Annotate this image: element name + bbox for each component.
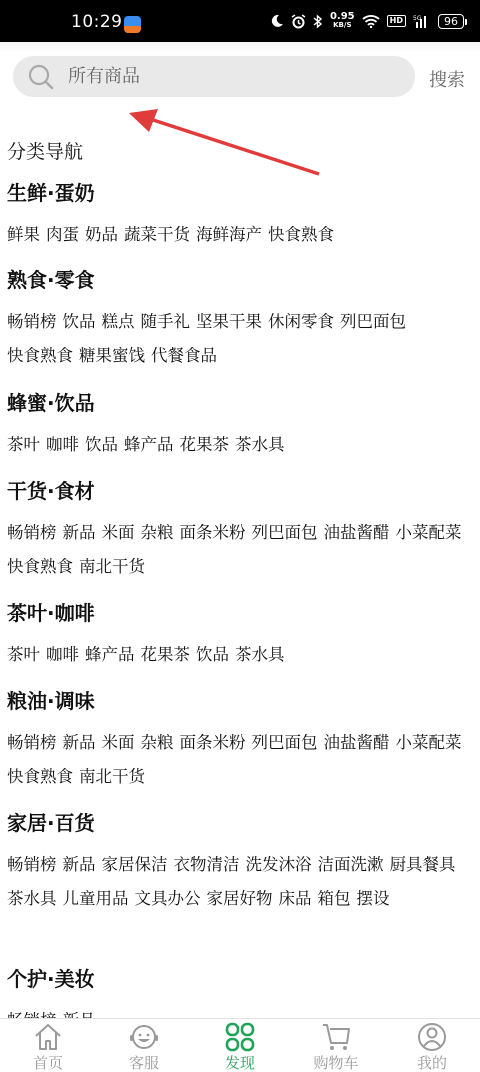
category-title: 熟食·零食 (7, 265, 477, 295)
subcategory-link[interactable]: 箱包 (318, 882, 351, 916)
category-items: 畅销榜饮品糕点随手礼坚果干果休闲零食列巴面包快食熟食糖果蜜饯代餐食品 (7, 305, 477, 373)
subcategory-link[interactable]: 畅销榜 (7, 726, 57, 760)
subcategory-link[interactable]: 咖啡 (46, 638, 79, 672)
subcategory-link[interactable]: 洗发沐浴 (246, 848, 312, 882)
subcategory-link[interactable]: 饮品 (63, 305, 96, 339)
subcategory-link[interactable]: 南北干货 (79, 550, 145, 584)
subcategory-link[interactable]: 糕点 (102, 305, 135, 339)
subcategory-link[interactable]: 洁面洗漱 (318, 848, 384, 882)
subcategory-link[interactable]: 肉蛋 (46, 218, 79, 252)
subcategory-link[interactable]: 家居保洁 (102, 848, 168, 882)
subcategory-link[interactable]: 快食熟食 (7, 550, 73, 584)
hd-icon: HD (387, 15, 406, 27)
category-section: 茶叶·咖啡 茶叶咖啡蜂产品花果茶饮品茶水具 (7, 598, 477, 672)
search-bar[interactable] (13, 56, 415, 97)
subcategory-link[interactable]: 家居好物 (207, 882, 273, 916)
subcategory-link[interactable]: 茶叶 (7, 638, 40, 672)
category-navigation: 分类导航 生鲜·蛋奶 鲜果肉蛋奶品蔬菜干货海鲜海产快食熟食 熟食·零食 畅销榜饮… (0, 110, 480, 1018)
discover-grid-icon (224, 1021, 256, 1053)
subcategory-link[interactable]: 油盐酱醋 (324, 726, 390, 760)
subcategory-link[interactable]: 饮品 (196, 638, 229, 672)
subcategory-link[interactable]: 海鲜海产 (196, 218, 262, 252)
subcategory-link[interactable]: 鲜果 (7, 218, 40, 252)
profile-icon (416, 1021, 448, 1053)
tab-cart[interactable]: 购物车 (288, 1019, 384, 1072)
tab-label: 购物车 (313, 1054, 358, 1072)
subcategory-link[interactable]: 新品 (63, 848, 96, 882)
app-notification-icon (124, 16, 141, 33)
subcategory-link[interactable]: 南北干货 (79, 760, 145, 794)
category-title: 粮油·调味 (7, 686, 477, 716)
subcategory-link[interactable]: 摆设 (357, 882, 390, 916)
moon-icon (270, 14, 284, 28)
subcategory-link[interactable]: 畅销榜 (7, 305, 57, 339)
category-items: 畅销榜新品米面杂粮面条米粉列巴面包油盐酱醋小菜配菜快食熟食南北干货 (7, 516, 477, 584)
subcategory-link[interactable]: 蔬菜干货 (124, 218, 190, 252)
subcategory-link[interactable]: 油盐酱醋 (324, 516, 390, 550)
category-title: 蜂蜜·饮品 (7, 388, 477, 418)
search-input[interactable] (68, 56, 398, 97)
tab-label: 客服 (129, 1054, 159, 1072)
search-icon (28, 64, 54, 90)
subcategory-link[interactable]: 杂粮 (141, 726, 174, 760)
subcategory-link[interactable]: 代餐食品 (151, 339, 217, 373)
subcategory-link[interactable]: 面条米粉 (180, 516, 246, 550)
subcategory-link[interactable]: 衣物清洁 (174, 848, 240, 882)
category-items: 畅销榜新品家居保洁衣物清洁洗发沐浴洁面洗漱厨具餐具茶水具儿童用品文具办公家居好物… (7, 848, 477, 916)
network-speed: 0.95KB/S (330, 12, 355, 30)
subcategory-link[interactable]: 快食熟食 (7, 339, 73, 373)
wifi-icon (362, 14, 380, 28)
subcategory-link[interactable]: 列巴面包 (252, 726, 318, 760)
subcategory-link[interactable]: 面条米粉 (180, 726, 246, 760)
category-items: 鲜果肉蛋奶品蔬菜干货海鲜海产快食熟食 (7, 218, 477, 252)
bottom-tab-bar: 首页 客服 发现 购物车 我的 (0, 1018, 480, 1072)
home-icon (32, 1021, 64, 1053)
subcategory-link[interactable]: 茶水具 (235, 428, 285, 462)
nav-title: 分类导航 (7, 137, 83, 164)
category-section: 蜂蜜·饮品 茶叶咖啡饮品蜂产品花果茶茶水具 (7, 388, 477, 462)
status-icons: 0.95KB/S HD 5G 96 (270, 10, 464, 32)
tab-discover[interactable]: 发现 (192, 1019, 288, 1072)
subcategory-link[interactable]: 新品 (63, 1004, 96, 1018)
status-bar: 10:29 0.95KB/S HD 5G 96 (0, 0, 480, 42)
subcategory-link[interactable]: 米面 (102, 516, 135, 550)
subcategory-link[interactable]: 文具办公 (135, 882, 201, 916)
subcategory-link[interactable]: 茶水具 (7, 882, 57, 916)
subcategory-link[interactable]: 床品 (279, 882, 312, 916)
subcategory-link[interactable]: 杂粮 (141, 516, 174, 550)
category-title: 家居·百货 (7, 808, 477, 838)
category-section: 粮油·调味 畅销榜新品米面杂粮面条米粉列巴面包油盐酱醋小菜配菜快食熟食南北干货 (7, 686, 477, 794)
subcategory-link[interactable]: 小菜配菜 (396, 516, 462, 550)
subcategory-link[interactable]: 畅销榜 (7, 516, 57, 550)
subcategory-link[interactable]: 快食熟食 (7, 760, 73, 794)
alarm-icon (291, 14, 306, 29)
subcategory-link[interactable]: 米面 (102, 726, 135, 760)
category-items: 畅销榜新品米面杂粮面条米粉列巴面包油盐酱醋小菜配菜快食熟食南北干货 (7, 726, 477, 794)
bluetooth-icon (313, 14, 323, 29)
subcategory-link[interactable]: 饮品 (85, 428, 118, 462)
subcategory-link[interactable]: 咖啡 (46, 428, 79, 462)
category-section: 熟食·零食 畅销榜饮品糕点随手礼坚果干果休闲零食列巴面包快食熟食糖果蜜饯代餐食品 (7, 265, 477, 373)
cart-icon (320, 1021, 352, 1053)
category-section: 个护·美妆 畅销榜新品 (7, 964, 477, 1018)
tab-home[interactable]: 首页 (0, 1019, 96, 1072)
subcategory-link[interactable]: 糖果蜜饯 (79, 339, 145, 373)
subcategory-link[interactable]: 列巴面包 (340, 305, 406, 339)
subcategory-link[interactable]: 花果茶 (180, 428, 230, 462)
category-items: 畅销榜新品 (7, 1004, 477, 1018)
subcategory-link[interactable]: 儿童用品 (63, 882, 129, 916)
subcategory-link[interactable]: 畅销榜 (7, 848, 57, 882)
tab-customer-service[interactable]: 客服 (96, 1019, 192, 1072)
tab-label: 发现 (225, 1054, 255, 1072)
subcategory-link[interactable]: 奶品 (85, 218, 118, 252)
subcategory-link[interactable]: 小菜配菜 (396, 726, 462, 760)
subcategory-link[interactable]: 畅销榜 (7, 1004, 57, 1018)
category-section: 生鲜·蛋奶 鲜果肉蛋奶品蔬菜干货海鲜海产快食熟食 (7, 178, 477, 252)
status-time: 10:29 (71, 12, 123, 32)
subcategory-link[interactable]: 茶水具 (235, 638, 285, 672)
tab-label: 我的 (417, 1054, 447, 1072)
subcategory-link[interactable]: 茶叶 (7, 428, 40, 462)
category-title: 茶叶·咖啡 (7, 598, 477, 628)
subcategory-link[interactable]: 快食熟食 (268, 218, 334, 252)
signal-icon: 5G (413, 14, 431, 28)
search-header: 搜索 (0, 42, 480, 110)
subcategory-link[interactable]: 新品 (63, 726, 96, 760)
customer-service-icon (128, 1021, 160, 1053)
battery-indicator: 96 (438, 14, 464, 29)
subcategory-link[interactable]: 新品 (63, 516, 96, 550)
category-items: 茶叶咖啡饮品蜂产品花果茶茶水具 (7, 428, 477, 462)
tab-profile[interactable]: 我的 (384, 1019, 480, 1072)
subcategory-link[interactable]: 休闲零食 (268, 305, 334, 339)
category-title: 干货·食材 (7, 476, 477, 506)
category-items: 茶叶咖啡蜂产品花果茶饮品茶水具 (7, 638, 477, 672)
subcategory-link[interactable]: 蜂产品 (124, 428, 174, 462)
subcategory-link[interactable]: 蜂产品 (85, 638, 135, 672)
subcategory-link[interactable]: 随手礼 (141, 305, 191, 339)
category-title: 个护·美妆 (7, 964, 477, 994)
category-title: 生鲜·蛋奶 (7, 178, 477, 208)
subcategory-link[interactable]: 坚果干果 (196, 305, 262, 339)
tab-label: 首页 (33, 1054, 63, 1072)
search-button[interactable]: 搜索 (429, 66, 465, 92)
subcategory-link[interactable]: 花果茶 (141, 638, 191, 672)
category-section: 家居·百货 畅销榜新品家居保洁衣物清洁洗发沐浴洁面洗漱厨具餐具茶水具儿童用品文具… (7, 808, 477, 916)
subcategory-link[interactable]: 列巴面包 (252, 516, 318, 550)
category-section: 干货·食材 畅销榜新品米面杂粮面条米粉列巴面包油盐酱醋小菜配菜快食熟食南北干货 (7, 476, 477, 584)
subcategory-link[interactable]: 厨具餐具 (390, 848, 456, 882)
